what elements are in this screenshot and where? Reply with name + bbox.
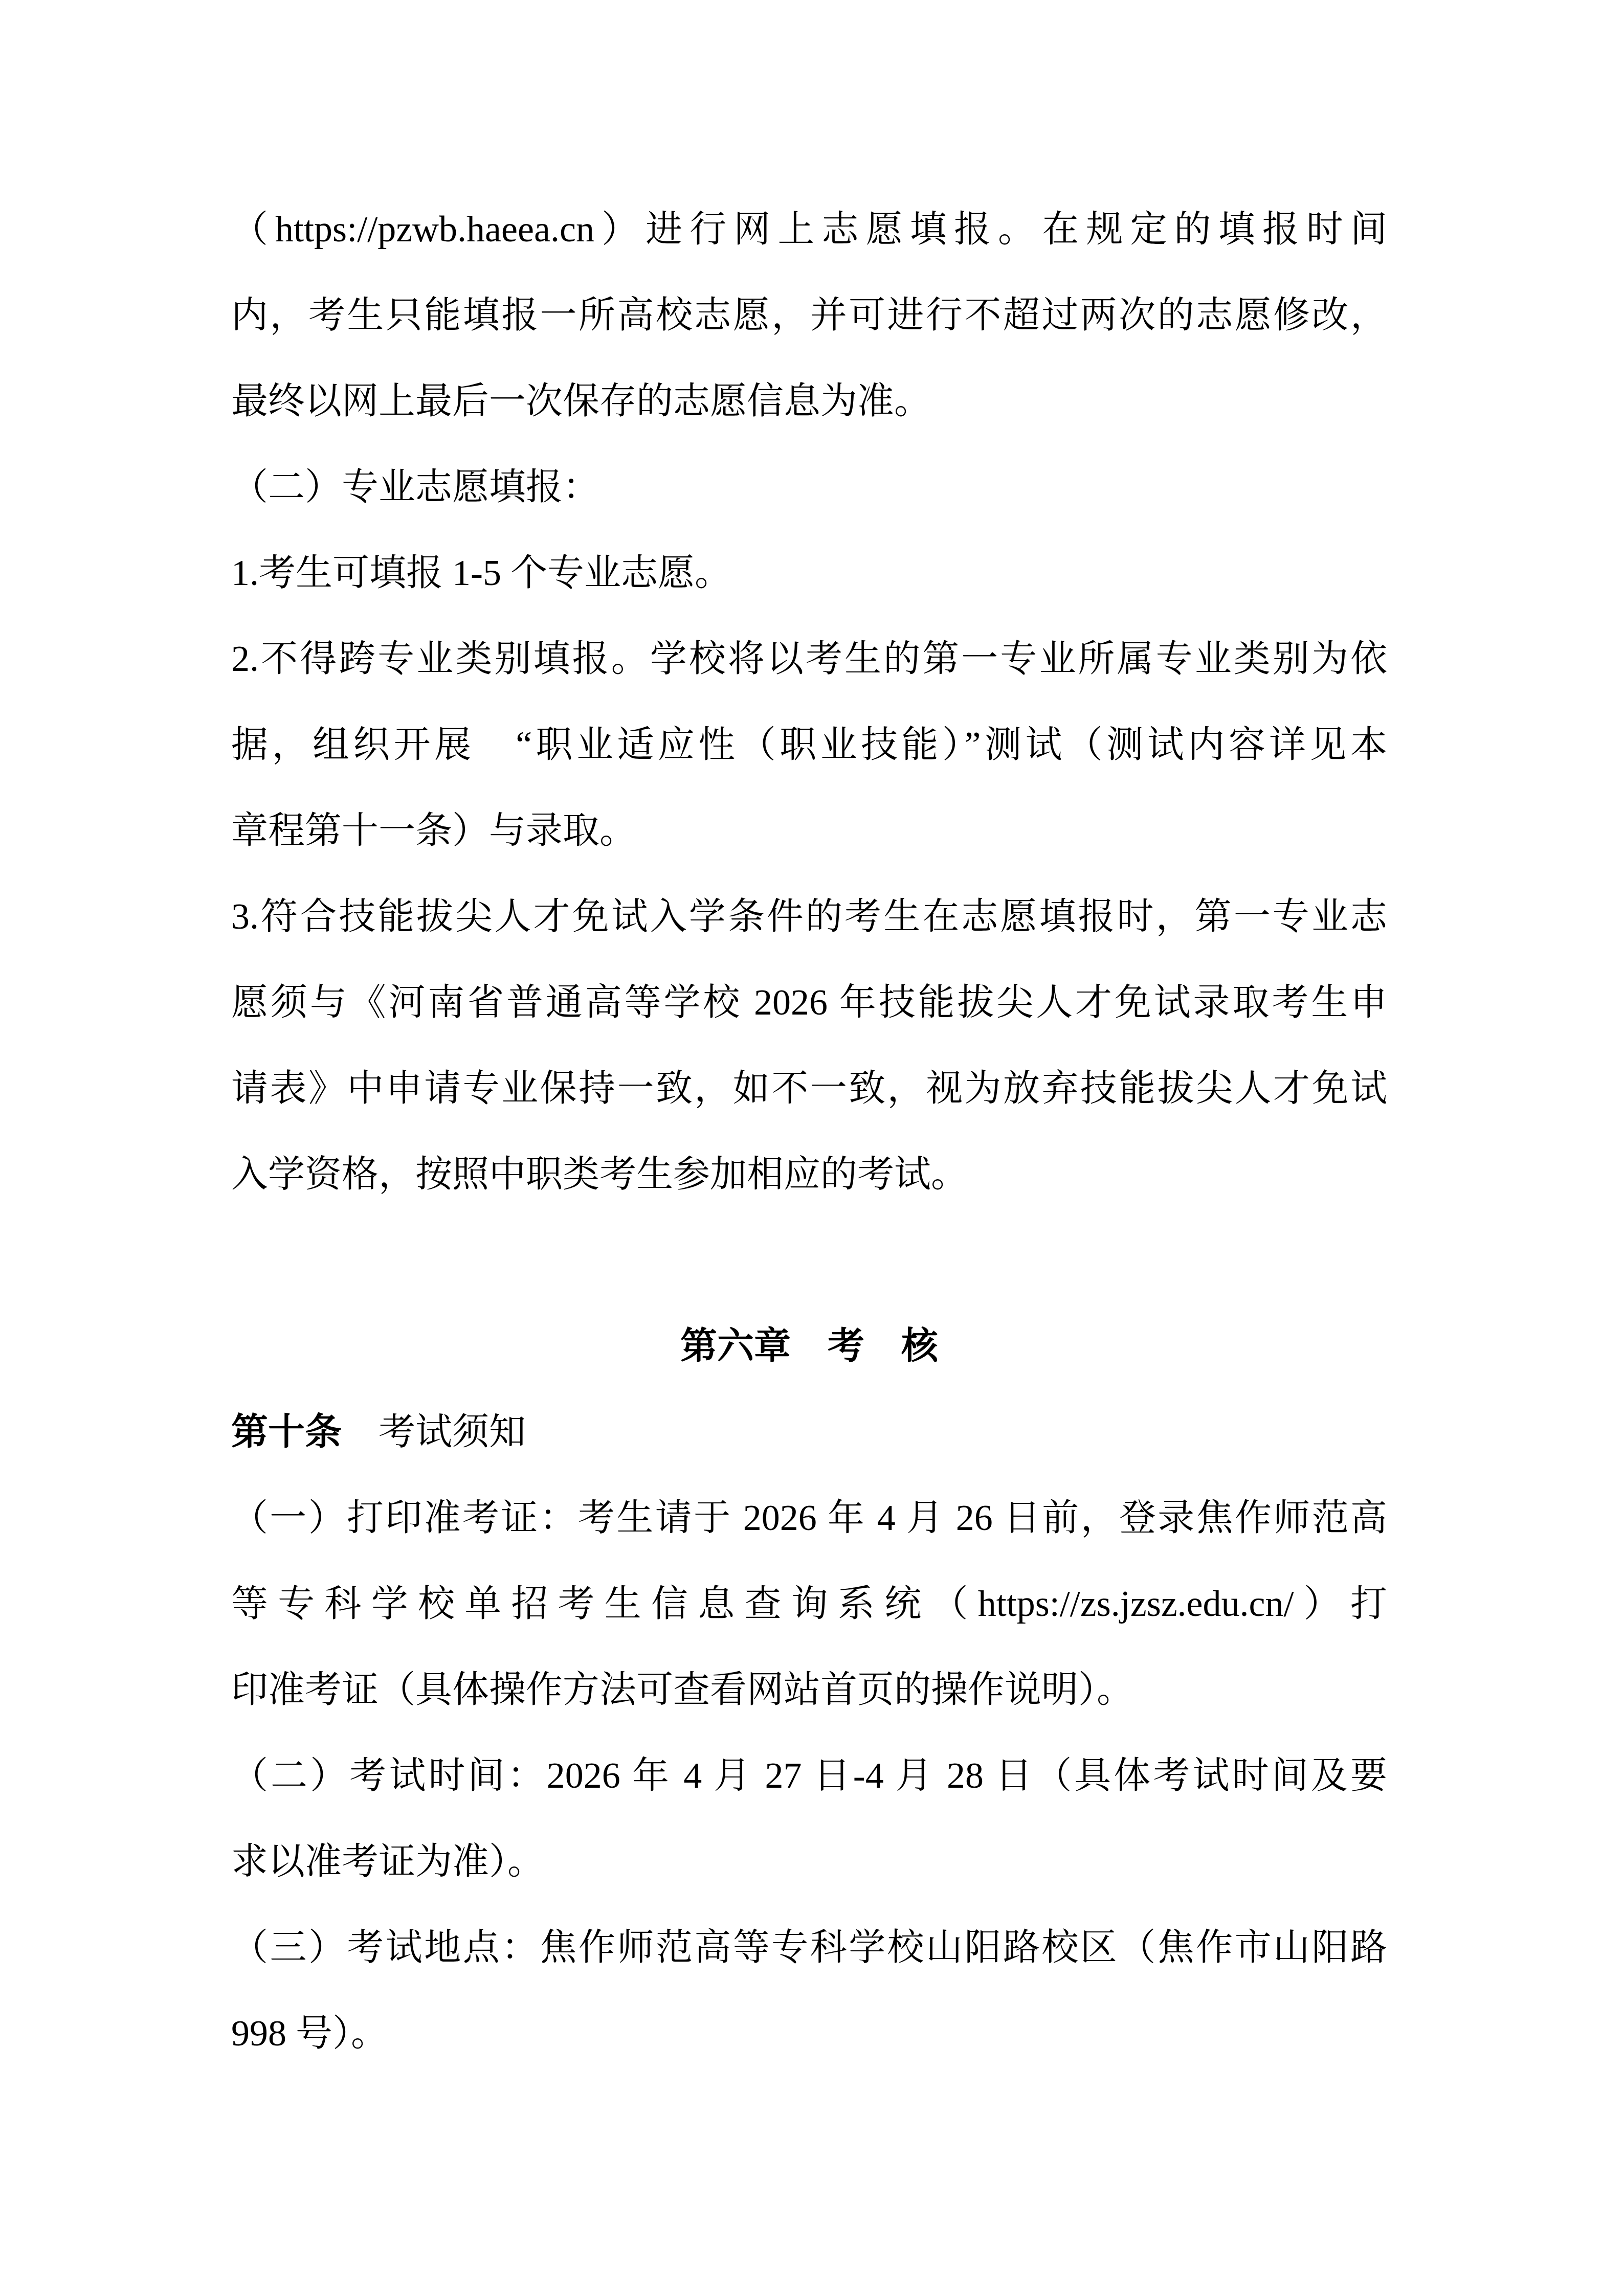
doc-line: （二）考试时间：2026 年 4 月 27 日-4 月 28 日（具体考试时间及… (231, 1732, 1387, 1818)
doc-line: 据，组织开展 “职业适应性（职业技能）”测试（测试内容详见本 (231, 702, 1387, 787)
doc-line: （三）考试地点：焦作师范高等专科学校山阳路校区（焦作市山阳路 (231, 1904, 1387, 1990)
doc-line: 998 号）。 (231, 1990, 1387, 2076)
doc-line: 2.不得跨专业类别填报。学校将以考生的第一专业所属专业类别为依 (231, 616, 1387, 702)
doc-line: 1.考生可填报 1-5 个专业志愿。 (231, 530, 1387, 616)
blank-line (231, 1217, 1387, 1303)
doc-line: 3.符合技能拔尖人才免试入学条件的考生在志愿填报时，第一专业志 (231, 873, 1387, 959)
doc-line: 求以准考证为准）。 (231, 1818, 1387, 1904)
article-10-line: 第十条 考试须知 (231, 1389, 1387, 1475)
chapter-heading: 第六章 考 核 (231, 1303, 1387, 1389)
doc-line: （一）打印准考证：考生请于 2026 年 4 月 26 日前，登录焦作师范高 (231, 1475, 1387, 1561)
doc-line: 愿须与《河南省普通高等学校 2026 年技能拔尖人才免试录取考生申 (231, 959, 1387, 1045)
article-10-label: 第十条 (231, 1411, 342, 1452)
document-text: （https://pzwb.haeea.cn）进行网上志愿填报。在规定的填报时间… (231, 0, 1387, 2076)
doc-line: 等专科学校单招考生信息查询系统（https://zs.jzsz.edu.cn/）… (231, 1561, 1387, 1647)
doc-line: （https://pzwb.haeea.cn）进行网上志愿填报。在规定的填报时间 (231, 186, 1387, 272)
doc-line: 最终以网上最后一次保存的志愿信息为准。 (231, 358, 1387, 444)
doc-line: （二）专业志愿填报： (231, 444, 1387, 530)
doc-line: 印准考证（具体操作方法可查看网站首页的操作说明）。 (231, 1647, 1387, 1732)
article-10-title: 考试须知 (342, 1411, 526, 1452)
doc-line: 章程第十一条）与录取。 (231, 787, 1387, 873)
doc-line: 请表》中申请专业保持一致，如不一致，视为放弃技能拔尖人才免试 (231, 1045, 1387, 1131)
doc-line: 入学资格，按照中职类考生参加相应的考试。 (231, 1131, 1387, 1217)
doc-line: 内，考生只能填报一所高校志愿，并可进行不超过两次的志愿修改， (231, 272, 1387, 358)
